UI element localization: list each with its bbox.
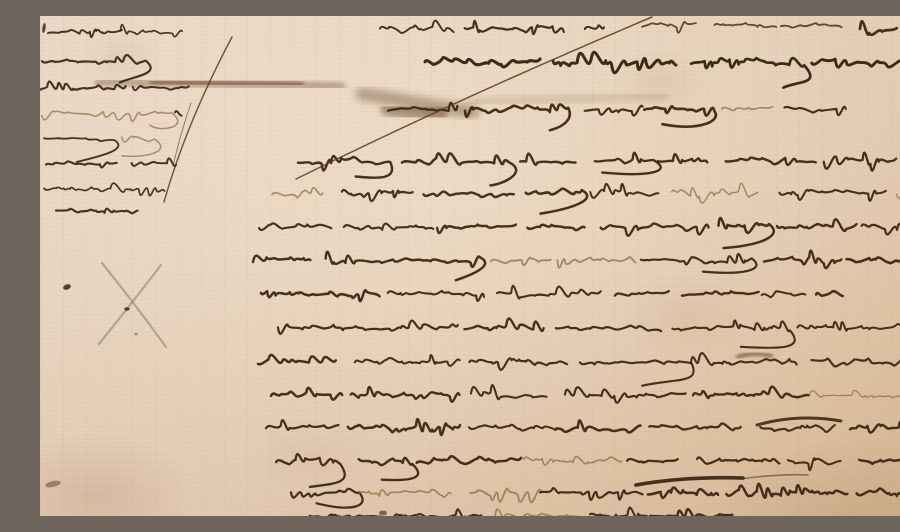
ink-layer [40,16,900,516]
paper-grain [40,16,900,516]
manuscript-page-photo: Photograph of an aged manuscript page wr… [40,16,900,516]
ink-speck [124,307,130,311]
ink-speck [379,511,387,516]
horizontal-smudge-core [152,82,302,84]
ink-speck [134,333,138,336]
